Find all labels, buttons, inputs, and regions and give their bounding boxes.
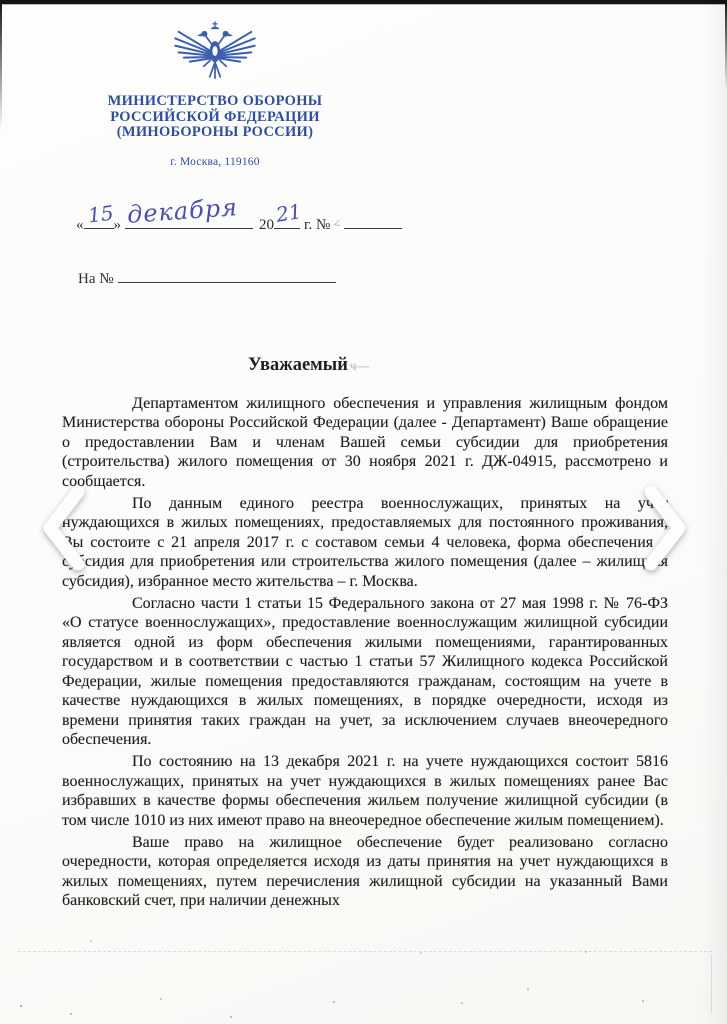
quote-open: « (76, 217, 84, 233)
ref-underline (118, 264, 336, 283)
scan-shading (701, 0, 727, 1024)
paragraph: По состоянию на 13 декабря 2021 г. на уч… (62, 752, 668, 830)
scan-artifact-line (18, 951, 712, 952)
org-name-line1: МИНИСТЕРСТВО ОБОРОНЫ (68, 94, 362, 110)
letter-body: Департаментом жилищного обеспечения и уп… (62, 394, 668, 914)
date-line: «15»декабря2021г. № (76, 210, 402, 234)
reference-line: На № (78, 264, 336, 288)
redacted-name-smudge: ч— (350, 358, 370, 373)
chevron-left-icon (38, 560, 90, 575)
handwritten-month: декабря (126, 193, 239, 229)
org-name-line3: (МИНОБОРОНЫ РОССИИ) (68, 125, 362, 141)
pencil-mark-icon (332, 217, 342, 227)
chevron-right-icon (639, 560, 691, 575)
year-underline: 21 (274, 210, 300, 229)
scan-artifact-vline (711, 955, 712, 1013)
handwritten-day: 15 (86, 201, 114, 228)
paragraph: Согласно части 1 статьи 15 Федерального … (62, 594, 668, 749)
next-page-button[interactable] (639, 484, 691, 572)
scan-edge-left (0, 0, 2, 130)
paragraph: Ваше право на жилищное обеспечение будет… (62, 833, 668, 911)
prev-page-button[interactable] (38, 484, 90, 572)
salutation: Уважаемыйч— (248, 355, 369, 376)
month-underline: декабря (125, 210, 253, 229)
date-suffix: г. № (304, 217, 330, 233)
org-address: г. Москва, 119160 (68, 155, 362, 171)
mod-russia-eagle-emblem-icon (172, 18, 258, 88)
paragraph: Департаментом жилищного обеспечения и уп… (62, 394, 668, 491)
scan-edge-top (0, 0, 727, 4)
paragraph: По данным единого реестра военнослужащих… (62, 494, 668, 591)
year-prefix: 20 (259, 217, 274, 233)
ref-label: На № (78, 271, 114, 287)
handwritten-year: 21 (274, 199, 303, 227)
org-name-line2: РОССИЙСКОЙ ФЕДЕРАЦИИ (68, 110, 362, 126)
number-underline (344, 210, 402, 229)
day-underline: 15 (84, 210, 114, 229)
scan-noise-specks (20, 1005, 22, 1007)
quote-close: » (114, 217, 122, 233)
letterhead: МИНИСТЕРСТВО ОБОРОНЫ РОССИЙСКОЙ ФЕДЕРАЦИ… (68, 94, 362, 170)
salutation-text: Уважаемый (248, 355, 348, 375)
